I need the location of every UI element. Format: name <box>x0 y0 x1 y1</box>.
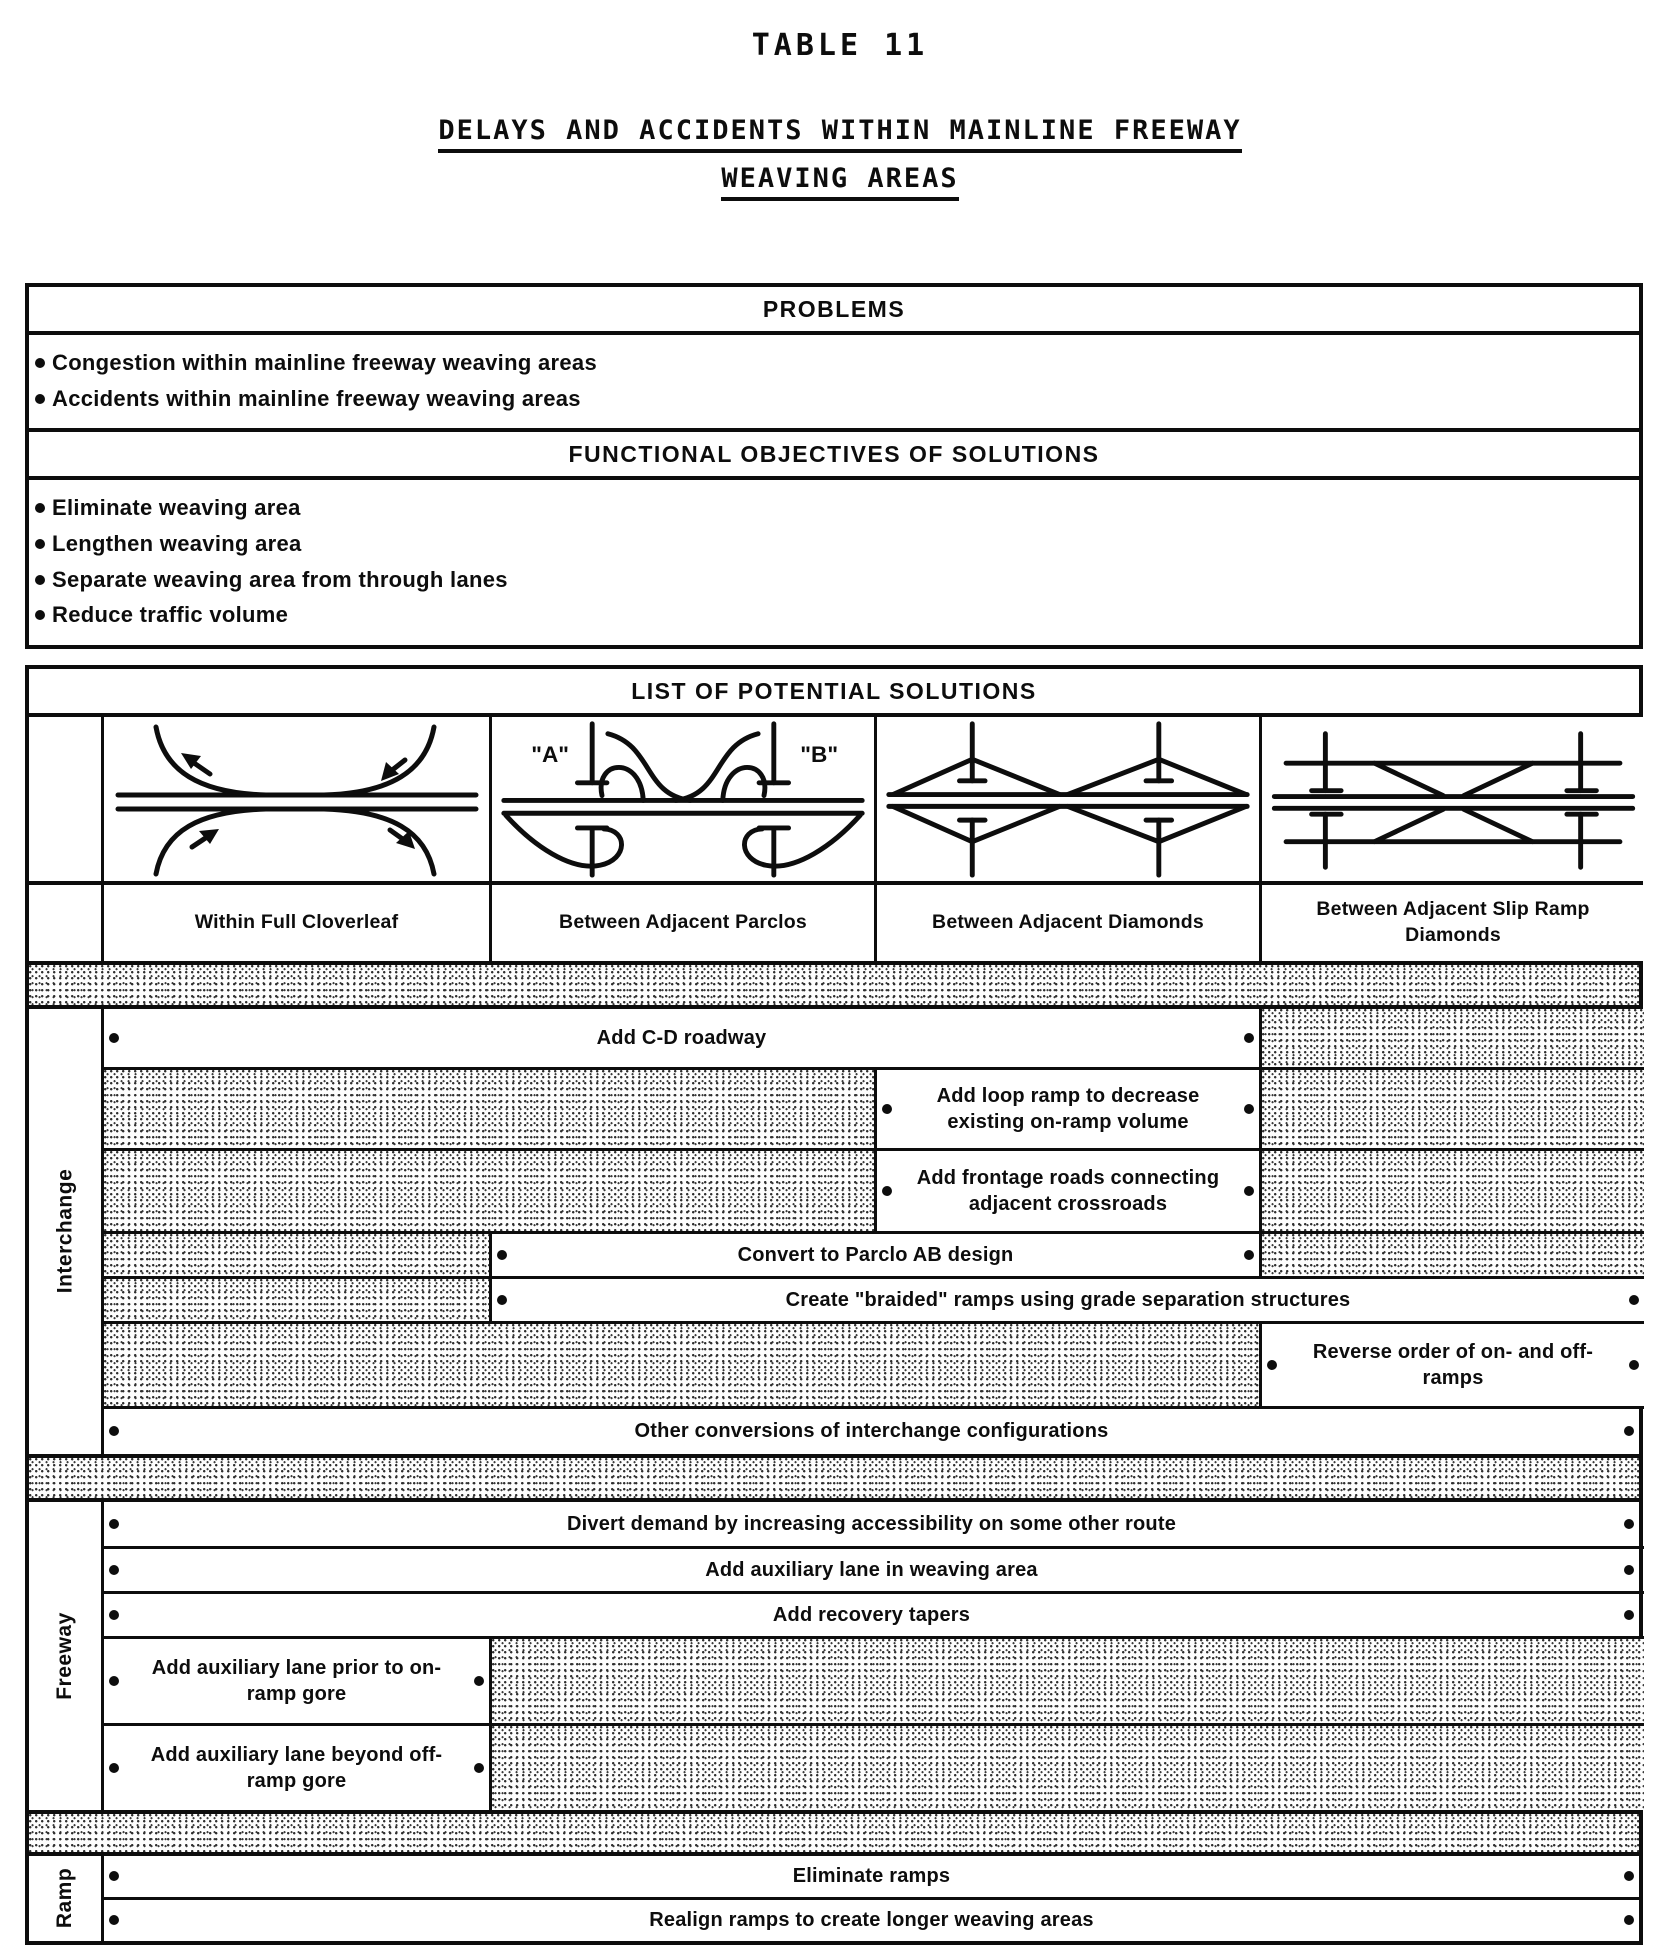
solution-cell: Convert to Parclo AB design <box>492 1234 1262 1276</box>
solution-row: Other conversions of interchange configu… <box>104 1409 1644 1454</box>
solution-row: Divert demand by increasing accessibilit… <box>104 1502 1644 1549</box>
parclo-a-label: "A" <box>531 742 569 767</box>
solution-cell: Create "braided" ramps using grade separ… <box>492 1279 1644 1321</box>
solution-label: Reverse order of on- and off-ramps <box>1292 1339 1614 1391</box>
applicability-dot <box>1244 1104 1254 1114</box>
solution-row: Add recovery tapers <box>104 1594 1644 1639</box>
applicability-dot <box>109 1871 119 1881</box>
hatched-cell <box>104 1234 492 1276</box>
hatched-separator <box>29 965 1639 1009</box>
parclo-b-label: "B" <box>800 742 838 767</box>
solution-cell: Add auxiliary lane prior to on-ramp gore <box>104 1639 492 1723</box>
bullet-icon <box>35 610 45 620</box>
solution-label: Add C-D roadway <box>597 1025 767 1051</box>
column-caption: Between Adjacent Parclos <box>492 885 877 961</box>
problem-text: Accidents within mainline freeway weavin… <box>52 386 581 411</box>
title-block: TABLE 11 DELAYS AND ACCIDENTS WITHIN MAI… <box>175 0 1505 211</box>
diamond-diagram-icon <box>877 718 1259 880</box>
solution-label: Convert to Parclo AB design <box>738 1242 1014 1268</box>
table-number: TABLE 11 <box>175 28 1505 63</box>
corner-cell <box>29 717 104 881</box>
list-item: Reduce traffic volume <box>35 597 1629 633</box>
solution-row: Eliminate ramps <box>104 1856 1639 1900</box>
section-label-cell: Ramp <box>29 1856 104 1941</box>
column-caption: Within Full Cloverleaf <box>104 885 492 961</box>
hatched-cell <box>492 1726 1644 1810</box>
cloverleaf-diagram-icon <box>104 719 489 879</box>
solution-row: Add auxiliary lane in weaving area <box>104 1549 1644 1594</box>
section-label: Interchange <box>53 1169 77 1294</box>
applicability-dot <box>882 1186 892 1196</box>
applicability-dot <box>109 1426 119 1436</box>
objectives-list: Eliminate weaving area Lengthen weaving … <box>29 480 1639 645</box>
applicability-dot <box>497 1250 507 1260</box>
corner-cell <box>29 885 104 961</box>
list-item: Accidents within mainline freeway weavin… <box>35 381 1629 417</box>
solution-label: Other conversions of interchange configu… <box>635 1418 1109 1444</box>
solution-row: Add loop ramp to decrease existing on-ra… <box>104 1070 1644 1151</box>
solution-label: Add recovery tapers <box>773 1602 970 1628</box>
problems-header: PROBLEMS <box>29 287 1639 335</box>
hatched-cell <box>1262 1234 1644 1276</box>
solutions-header: LIST OF POTENTIAL SOLUTIONS <box>29 669 1639 717</box>
freeway-section: Freeway Divert demand by increasing acce… <box>29 1502 1639 1810</box>
applicability-dot <box>1629 1295 1639 1305</box>
applicability-dot <box>474 1676 484 1686</box>
solution-row: Add frontage roads connecting adjacent c… <box>104 1151 1644 1234</box>
applicability-dot <box>1629 1360 1639 1370</box>
solution-row: Reverse order of on- and off-ramps <box>104 1324 1644 1409</box>
applicability-dot <box>1624 1426 1634 1436</box>
applicability-dot <box>1267 1360 1277 1370</box>
column-caption: Between Adjacent Diamonds <box>877 885 1262 961</box>
bullet-icon <box>35 575 45 585</box>
solution-label: Eliminate ramps <box>793 1863 951 1889</box>
problem-text: Congestion within mainline freeway weavi… <box>52 350 597 375</box>
hatched-cell <box>104 1324 1262 1406</box>
bullet-icon <box>35 394 45 404</box>
solution-label: Realign ramps to create longer weaving a… <box>649 1907 1094 1933</box>
solution-row: Realign ramps to create longer weaving a… <box>104 1900 1639 1941</box>
solution-cell: Other conversions of interchange configu… <box>104 1409 1639 1454</box>
section-label-cell: Interchange <box>29 1009 104 1454</box>
applicability-dot <box>1244 1033 1254 1043</box>
ramp-section: Ramp Eliminate ramps Realign ramps to cr… <box>29 1856 1639 1941</box>
solution-cell: Add loop ramp to decrease existing on-ra… <box>877 1070 1262 1148</box>
solution-label: Create "braided" ramps using grade separ… <box>786 1287 1351 1313</box>
solution-cell: Add C-D roadway <box>104 1009 1262 1067</box>
hatched-cell <box>104 1279 492 1321</box>
bullet-icon <box>35 539 45 549</box>
slip-ramp-diamond-diagram-cell <box>1262 717 1644 881</box>
objective-text: Eliminate weaving area <box>52 495 301 520</box>
interchange-section: Interchange Add C-D roadway Add loop ram… <box>29 1009 1639 1454</box>
solution-label: Add auxiliary lane prior to on-ramp gore <box>134 1655 459 1707</box>
applicability-dot <box>109 1676 119 1686</box>
objective-text: Separate weaving area from through lanes <box>52 567 508 592</box>
solution-label: Add loop ramp to decrease existing on-ra… <box>907 1083 1229 1135</box>
solution-row: Create "braided" ramps using grade separ… <box>104 1279 1644 1324</box>
hatched-cell <box>104 1151 877 1231</box>
hatched-cell <box>492 1639 1644 1723</box>
hatched-cell <box>104 1070 877 1148</box>
section-label: Ramp <box>53 1868 77 1928</box>
solution-row: Add auxiliary lane prior to on-ramp gore <box>104 1639 1644 1726</box>
caption-row: Within Full Cloverleaf Between Adjacent … <box>29 885 1639 965</box>
problems-list: Congestion within mainline freeway weavi… <box>29 335 1639 428</box>
applicability-dot <box>497 1295 507 1305</box>
applicability-dot <box>882 1104 892 1114</box>
applicability-dot <box>474 1763 484 1773</box>
objective-text: Reduce traffic volume <box>52 602 288 627</box>
applicability-dot <box>1624 1565 1634 1575</box>
list-item: Eliminate weaving area <box>35 490 1629 526</box>
cloverleaf-diagram-cell <box>104 717 492 881</box>
solution-label: Add auxiliary lane beyond off-ramp gore <box>134 1742 459 1794</box>
solution-label: Divert demand by increasing accessibilit… <box>567 1511 1176 1537</box>
objective-text: Lengthen weaving area <box>52 531 302 556</box>
problems-objectives-box: PROBLEMS Congestion within mainline free… <box>25 283 1643 649</box>
applicability-dot <box>109 1519 119 1529</box>
applicability-dot <box>1624 1915 1634 1925</box>
solution-cell: Add auxiliary lane beyond off-ramp gore <box>104 1726 492 1810</box>
solution-cell: Add auxiliary lane in weaving area <box>104 1549 1639 1591</box>
solution-cell: Reverse order of on- and off-ramps <box>1262 1324 1644 1406</box>
objectives-header: FUNCTIONAL OBJECTIVES OF SOLUTIONS <box>29 428 1639 480</box>
solution-cell: Add recovery tapers <box>104 1594 1639 1636</box>
solutions-box: LIST OF POTENTIAL SOLUTIONS <box>25 665 1643 1945</box>
diamond-diagram-cell <box>877 717 1262 881</box>
solution-cell: Divert demand by increasing accessibilit… <box>104 1502 1639 1546</box>
parclo-diagram-icon: "A" "B" <box>492 718 874 880</box>
applicability-dot <box>1624 1871 1634 1881</box>
diagram-row: "A" "B" <box>29 717 1639 885</box>
bullet-icon <box>35 358 45 368</box>
solution-cell: Add frontage roads connecting adjacent c… <box>877 1151 1262 1231</box>
applicability-dot <box>1244 1250 1254 1260</box>
applicability-dot <box>109 1763 119 1773</box>
section-label: Freeway <box>53 1612 77 1700</box>
hatched-cell <box>1262 1151 1644 1231</box>
solution-cell: Eliminate ramps <box>104 1856 1639 1897</box>
section-label-cell: Freeway <box>29 1502 104 1810</box>
page-title: DELAYS AND ACCIDENTS WITHIN MAINLINE FRE… <box>175 115 1505 211</box>
applicability-dot <box>109 1033 119 1043</box>
bullet-icon <box>35 503 45 513</box>
solution-label: Add frontage roads connecting adjacent c… <box>907 1165 1229 1217</box>
column-caption: Between Adjacent Slip Ramp Diamonds <box>1262 885 1644 961</box>
applicability-dot <box>109 1565 119 1575</box>
parclo-diagram-cell: "A" "B" <box>492 717 877 881</box>
solution-row: Add C-D roadway <box>104 1009 1644 1070</box>
page-title-line1: DELAYS AND ACCIDENTS WITHIN MAINLINE FRE… <box>438 115 1241 153</box>
page-title-line2: WEAVING AREAS <box>721 163 958 201</box>
solution-label: Add auxiliary lane in weaving area <box>705 1557 1037 1583</box>
slip-ramp-diamond-diagram-icon <box>1264 718 1643 880</box>
solution-cell: Realign ramps to create longer weaving a… <box>104 1900 1639 1941</box>
list-item: Separate weaving area from through lanes <box>35 562 1629 598</box>
hatched-separator <box>29 1810 1639 1856</box>
hatched-cell <box>1262 1070 1644 1148</box>
solution-row: Add auxiliary lane beyond off-ramp gore <box>104 1726 1644 1810</box>
hatched-separator <box>29 1454 1639 1502</box>
list-item: Lengthen weaving area <box>35 526 1629 562</box>
solution-row: Convert to Parclo AB design <box>104 1234 1644 1279</box>
applicability-dot <box>1624 1519 1634 1529</box>
applicability-dot <box>1624 1610 1634 1620</box>
applicability-dot <box>109 1915 119 1925</box>
list-item: Congestion within mainline freeway weavi… <box>35 345 1629 381</box>
applicability-dot <box>109 1610 119 1620</box>
hatched-cell <box>1262 1009 1644 1067</box>
applicability-dot <box>1244 1186 1254 1196</box>
